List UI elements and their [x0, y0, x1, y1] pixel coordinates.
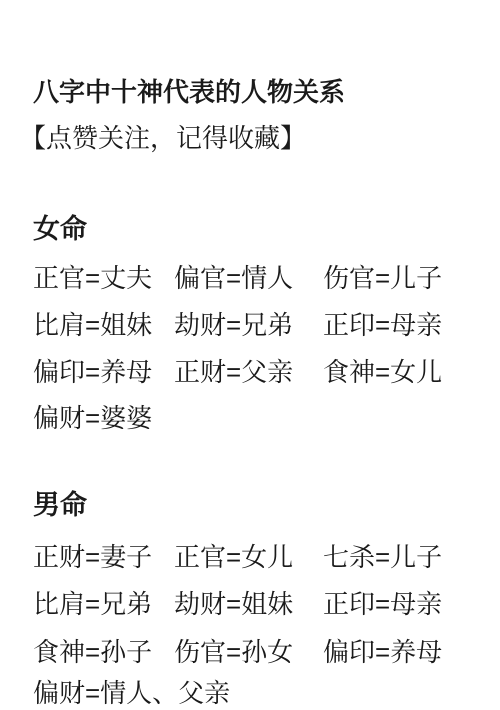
relation-pair: 劫财=兄弟 [174, 309, 323, 341]
relation-pair: 偏印=养母 [33, 356, 174, 388]
relation-pair: 七杀=儿子 [323, 541, 467, 573]
female-relation-row-4: 偏财=婆婆 [33, 402, 467, 434]
relation-pair: 比肩=姐妹 [33, 309, 174, 341]
male-relation-row-4: 偏财=情人、父亲 [33, 677, 467, 709]
relation-pair: 偏官=情人 [174, 262, 323, 294]
relation-pair: 正印=母亲 [323, 309, 467, 341]
relation-pair: 伤官=儿子 [323, 262, 467, 294]
relation-pair: 正官=女儿 [174, 541, 323, 573]
relation-pair: 食神=女儿 [323, 356, 467, 388]
male-relation-row-1: 正财=妻子 正官=女儿 七杀=儿子 [33, 541, 467, 573]
relation-pair: 正财=妻子 [33, 541, 174, 573]
female-relation-row-2: 比肩=姐妹 劫财=兄弟 正印=母亲 [33, 309, 467, 341]
like-follow-note: 【点赞关注，记得收藏】 [20, 120, 306, 156]
relation-pair: 正印=母亲 [323, 588, 467, 620]
page-title: 八字中十神代表的人物关系 [33, 76, 345, 108]
relation-pair: 偏财=情人、父亲 [33, 677, 467, 709]
relation-pair: 劫财=姐妹 [174, 588, 323, 620]
female-relation-row-1: 正官=丈夫 偏官=情人 伤官=儿子 [33, 262, 467, 294]
male-relation-row-2: 比肩=兄弟 劫财=姐妹 正印=母亲 [33, 588, 467, 620]
relation-pair: 偏印=养母 [323, 636, 467, 668]
relation-pair: 偏财=婆婆 [33, 402, 467, 434]
section-heading-female: 女命 [33, 213, 87, 245]
male-relation-row-3: 食神=孙子 伤官=孙女 偏印=养母 [33, 636, 467, 668]
relation-pair: 正官=丈夫 [33, 262, 174, 294]
female-relation-row-3: 偏印=养母 正财=父亲 食神=女儿 [33, 356, 467, 388]
relation-pair: 比肩=兄弟 [33, 588, 174, 620]
bazi-ten-gods-card: 八字中十神代表的人物关系 【点赞关注，记得收藏】 女命 正官=丈夫 偏官=情人 … [0, 0, 500, 710]
section-heading-male: 男命 [33, 489, 87, 521]
relation-pair: 伤官=孙女 [174, 636, 323, 668]
relation-pair: 正财=父亲 [174, 356, 323, 388]
relation-pair: 食神=孙子 [33, 636, 174, 668]
